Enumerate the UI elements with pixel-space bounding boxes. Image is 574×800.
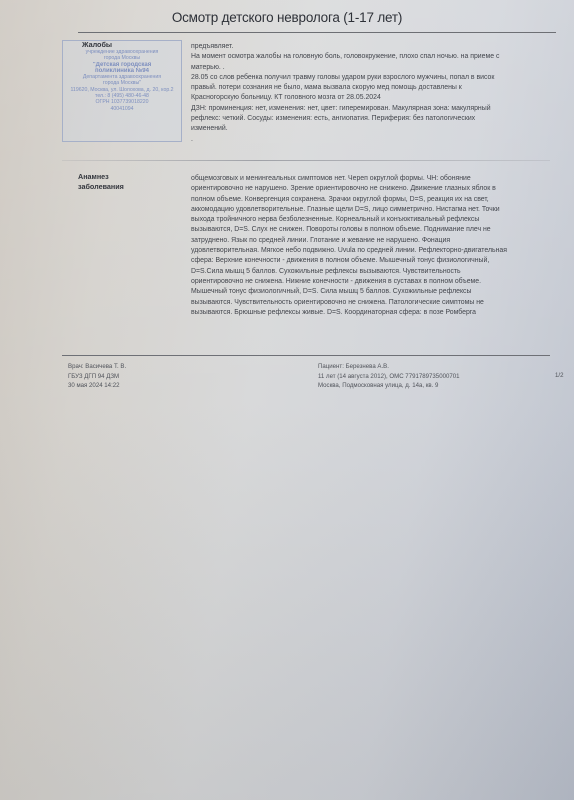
text-line: матерью. . (191, 63, 499, 73)
text-line: . (191, 135, 499, 145)
text-line: изменений. (191, 124, 499, 134)
text-line: Красногорскую больницу. КТ головного моз… (191, 93, 499, 103)
text-line: предъявляет. (191, 42, 499, 52)
clinic-stamp: учреждение здравоохранения города Москвы… (62, 40, 182, 142)
patient-info: Пациент: Березнева А.В. 11 лет (14 авгус… (318, 362, 460, 391)
text-line: удовлетворительная. Мягкое небо подвижно… (191, 246, 507, 256)
text-line: полном объеме. Конвергенция сохранена. З… (191, 195, 507, 205)
anamnesis-label-line: заболевания (78, 182, 124, 192)
text-line: общемозговых и менингеальных симптомов н… (191, 174, 507, 184)
anamnesis-label: Анамнез заболевания (78, 172, 124, 191)
text-line: выхода тройничного нерва безболезненные.… (191, 215, 507, 225)
text-line: вызываются. Чувствительность ориентирово… (191, 298, 507, 308)
text-line: 28.05 со слов ребенка получил травму гол… (191, 73, 499, 83)
complaints-label: Жалобы (82, 40, 112, 50)
anamnesis-text: общемозговых и менингеальных симптомов н… (191, 174, 507, 318)
footer-divider (62, 355, 550, 356)
text-line: правый. потери сознания не было, мама вы… (191, 83, 499, 93)
text-line: ориентировочно не нарушено. Зрение ориен… (191, 184, 507, 194)
text-line: ДЗН: проминенция: нет, изменения: нет, ц… (191, 104, 499, 114)
complaints-text: предъявляет. На момент осмотра жалобы на… (191, 42, 499, 145)
stamp-line: 40041094 (63, 106, 181, 112)
anamnesis-label-line: Анамнез (78, 172, 124, 182)
patient-address: Москва, Подмосковная улица, д. 14а, кв. … (318, 381, 460, 391)
text-line: вызываются, D=S. Слух не снижен. Поворот… (191, 225, 507, 235)
doctor-info: Врач: Васичева Т. В. ГБУЗ ДГП 94 ДЗМ 30 … (68, 362, 126, 391)
doctor-name: Врач: Васичева Т. В. (68, 362, 126, 372)
text-line: сфера: Верхние конечности - движения в п… (191, 256, 507, 266)
text-line: рефлекс: четкий. Сосуды: изменения: есть… (191, 114, 499, 124)
document-title: Осмотр детского невролога (1-17 лет) (0, 10, 574, 25)
section-divider (62, 160, 550, 161)
patient-name: Пациент: Березнева А.В. (318, 362, 460, 372)
text-line: D=S.Сила мышц 5 баллов. Сухожильные рефл… (191, 267, 507, 277)
text-line: На момент осмотра жалобы на головную бол… (191, 52, 499, 62)
text-line: затруднено. Язык по средней линии. Глота… (191, 236, 507, 246)
text-line: ориентировочно не снижена. Нижние конечн… (191, 277, 507, 287)
exam-datetime: 30 мая 2024 14:22 (68, 381, 126, 391)
page-number: 1/2 (555, 372, 563, 379)
text-line: Мышечный тонус физиологичный, D=S. Сила … (191, 287, 507, 297)
patient-age-policy: 11 лет (14 августа 2012), ОМС 7791789735… (318, 372, 460, 382)
text-line: вызываются. Брюшные рефлексы живые. D=S.… (191, 308, 507, 318)
title-divider (78, 32, 556, 33)
institution-name: ГБУЗ ДГП 94 ДЗМ (68, 372, 126, 382)
text-line: аккомодацию удовлетворительные. Глазные … (191, 205, 507, 215)
